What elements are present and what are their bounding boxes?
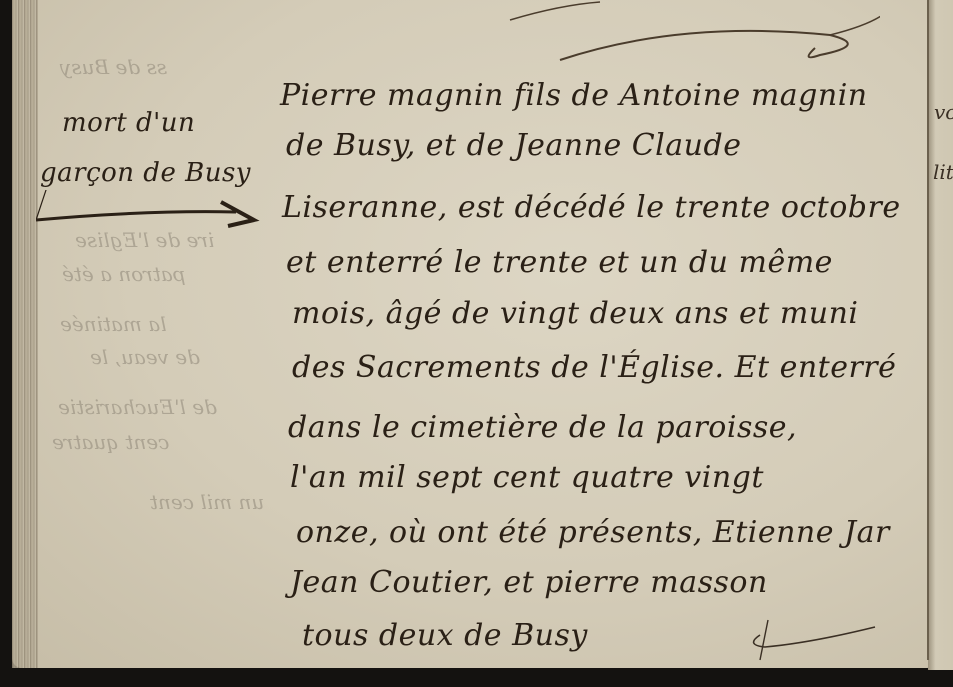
entry-line: tous deux de Busy xyxy=(302,618,588,653)
margin-note-line: mort d'un xyxy=(62,108,195,138)
margin-note-line: garçon de Busy xyxy=(40,158,251,188)
bleed-through-text: la matinée xyxy=(60,312,167,336)
page-stack-edge xyxy=(12,0,38,668)
flourish-stroke xyxy=(500,0,880,70)
entry-line: et enterré le trente et un du même xyxy=(286,245,833,280)
book-gutter xyxy=(927,0,929,660)
bleed-through-text: de l'Eucharistie xyxy=(58,395,217,419)
bleed-through-text: patron a été xyxy=(62,262,186,286)
facing-page-fragment: vo xyxy=(934,100,953,124)
pointing-arrow-icon xyxy=(36,190,266,240)
entry-line: onze, où ont été présents, Etienne Jar xyxy=(296,515,890,550)
entry-line: de Busy, et de Jeanne Claude xyxy=(286,128,741,163)
entry-line: dans le cimetière de la paroisse, xyxy=(288,410,797,445)
facing-page-fragment: lit xyxy=(933,160,953,184)
bleed-through-text: cent quatre xyxy=(52,430,169,454)
bleed-through-text: de veau, le xyxy=(90,345,200,369)
entry-line: Pierre magnin fils de Antoine magnin xyxy=(280,78,868,113)
entry-line: des Sacrements de l'Église. Et enterré xyxy=(292,350,896,385)
entry-line: Jean Coutier, et pierre masson xyxy=(290,565,768,600)
bleed-through-text: un mil cent xyxy=(150,490,264,514)
entry-line: l'an mil sept cent quatre vingt xyxy=(290,460,764,495)
entry-line: mois, âgé de vingt deux ans et muni xyxy=(292,296,859,331)
bleed-through-text: ss de Busy xyxy=(60,55,167,79)
closing-flourish xyxy=(740,615,890,665)
entry-line: Liseranne, est décédé le trente octobre xyxy=(282,190,901,225)
